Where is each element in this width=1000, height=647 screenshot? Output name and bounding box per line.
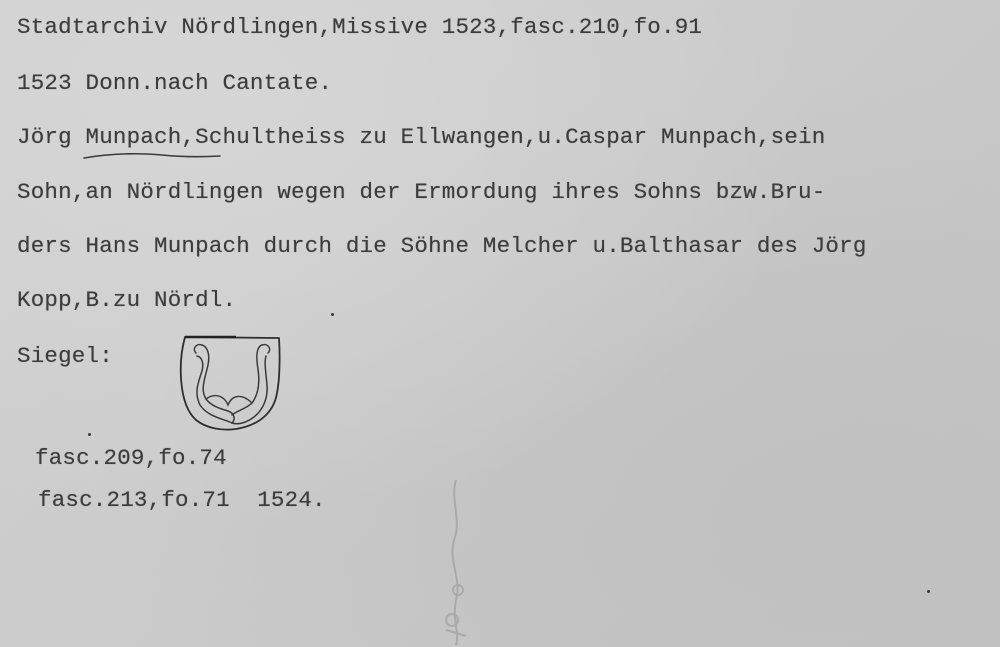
seal-label: Siegel: [17, 343, 113, 369]
cross-reference-2: fasc.213,fo.71 1524. [38, 487, 326, 513]
cross-reference-1: fasc.209,fo.74 [35, 445, 227, 471]
pencil-underline [82, 150, 222, 162]
body-line-1: Jörg Munpach,Schultheiss zu Ellwangen,u.… [17, 124, 825, 150]
body-line-4: Kopp,B.zu Nördl. [17, 287, 236, 313]
date-line: 1523 Donn.nach Cantate. [17, 70, 332, 96]
faded-stamp-mark [432, 470, 480, 647]
paper-speck [927, 590, 930, 593]
paper-speck [88, 433, 91, 436]
index-card: Stadtarchiv Nördlingen,Missive 1523,fasc… [0, 0, 1000, 647]
paper-speck [331, 313, 334, 316]
source-reference-line: Stadtarchiv Nördlingen,Missive 1523,fasc… [17, 14, 702, 40]
seal-drawing-icon [176, 333, 284, 433]
body-line-3: ders Hans Munpach durch die Söhne Melche… [17, 233, 867, 259]
body-line-2: Sohn,an Nördlingen wegen der Ermordung i… [17, 179, 825, 205]
